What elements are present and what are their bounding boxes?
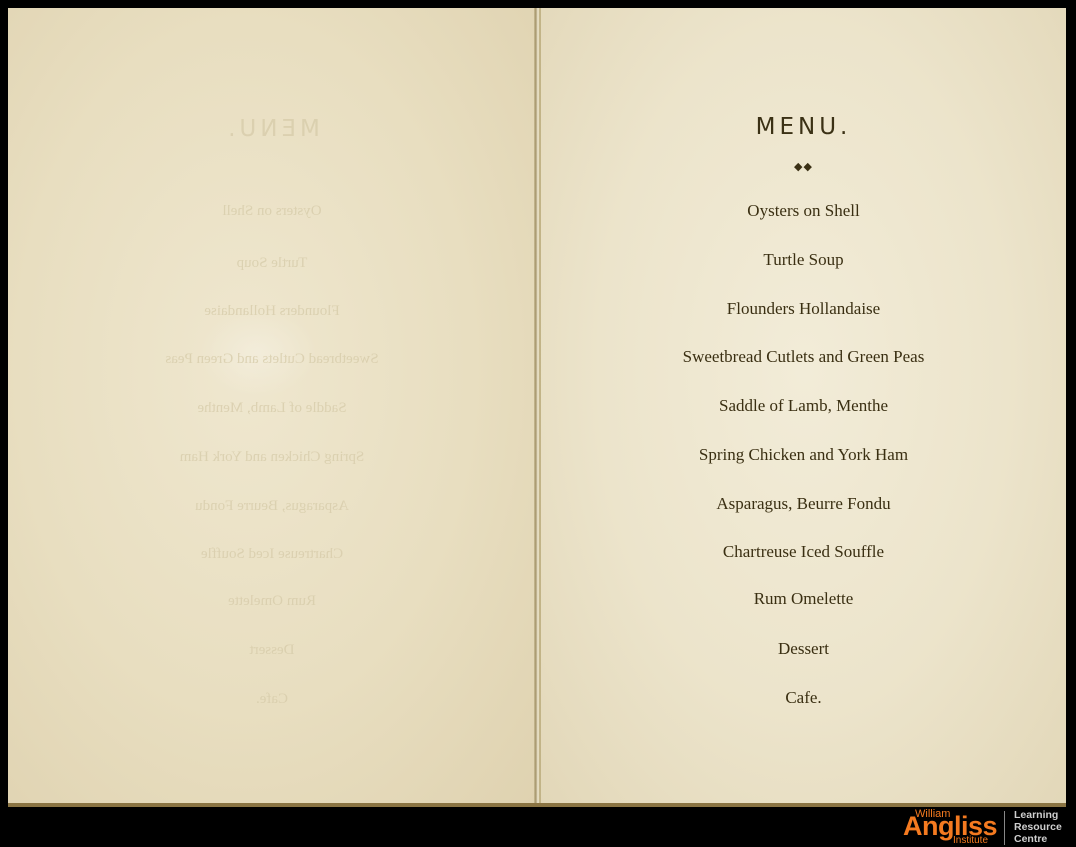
scanned-menu-card: MENU. Oysters on Shell Turtle Soup Floun…: [8, 8, 1066, 807]
logo-institute-text: Institute: [953, 835, 988, 846]
ghost-item: Dessert: [8, 642, 536, 659]
ghost-item: Sweetbread Cutlets and Green Peas: [8, 351, 536, 368]
menu-item: Oysters on Shell: [541, 201, 1066, 221]
menu-item: Dessert: [541, 639, 1066, 659]
ghost-item: Flounders Hollandaise: [8, 303, 536, 320]
ghost-item: Rum Omelette: [8, 593, 536, 610]
learning-resource-centre-label: Learning Resource Centre: [1014, 809, 1062, 845]
ghost-item: Asparagus, Beurre Fondu: [8, 498, 536, 515]
diamond-ornament-icon: ◆◆: [541, 160, 1066, 173]
ghost-item: Cafe.: [8, 691, 536, 708]
ghost-item: Oysters on Shell: [8, 203, 536, 220]
menu-item: Turtle Soup: [541, 250, 1066, 270]
menu-item: Saddle of Lamb, Menthe: [541, 396, 1066, 416]
menu-item: Flounders Hollandaise: [541, 299, 1066, 319]
menu-item: Rum Omelette: [541, 589, 1066, 609]
menu-item: Sweetbread Cutlets and Green Peas: [541, 347, 1066, 367]
ghost-item: Turtle Soup: [8, 255, 536, 272]
ghost-item: Spring Chicken and York Ham: [8, 449, 536, 466]
ghost-item: Saddle of Lamb, Menthe: [8, 400, 536, 417]
menu-item: Spring Chicken and York Ham: [541, 445, 1066, 465]
show-through-text: MENU. Oysters on Shell Turtle Soup Floun…: [8, 8, 536, 807]
lrc-line: Centre: [1014, 833, 1062, 845]
logo-divider: [1004, 811, 1005, 845]
menu-content: MENU. ◆◆ Oysters on Shell Turtle Soup Fl…: [541, 8, 1066, 807]
lrc-line: Learning: [1014, 809, 1062, 821]
ghost-item: Chartreuse Iced Souffle: [8, 546, 536, 563]
left-page: MENU. Oysters on Shell Turtle Soup Floun…: [8, 8, 536, 807]
menu-title: MENU.: [541, 114, 1066, 140]
menu-item: Cafe.: [541, 688, 1066, 708]
menu-item: Asparagus, Beurre Fondu: [541, 494, 1066, 514]
william-angliss-logo: William Angliss Institute Learning Resou…: [903, 808, 1073, 846]
menu-item: Chartreuse Iced Souffle: [541, 542, 1066, 562]
ghost-title: MENU.: [8, 116, 536, 142]
lrc-line: Resource: [1014, 821, 1062, 833]
